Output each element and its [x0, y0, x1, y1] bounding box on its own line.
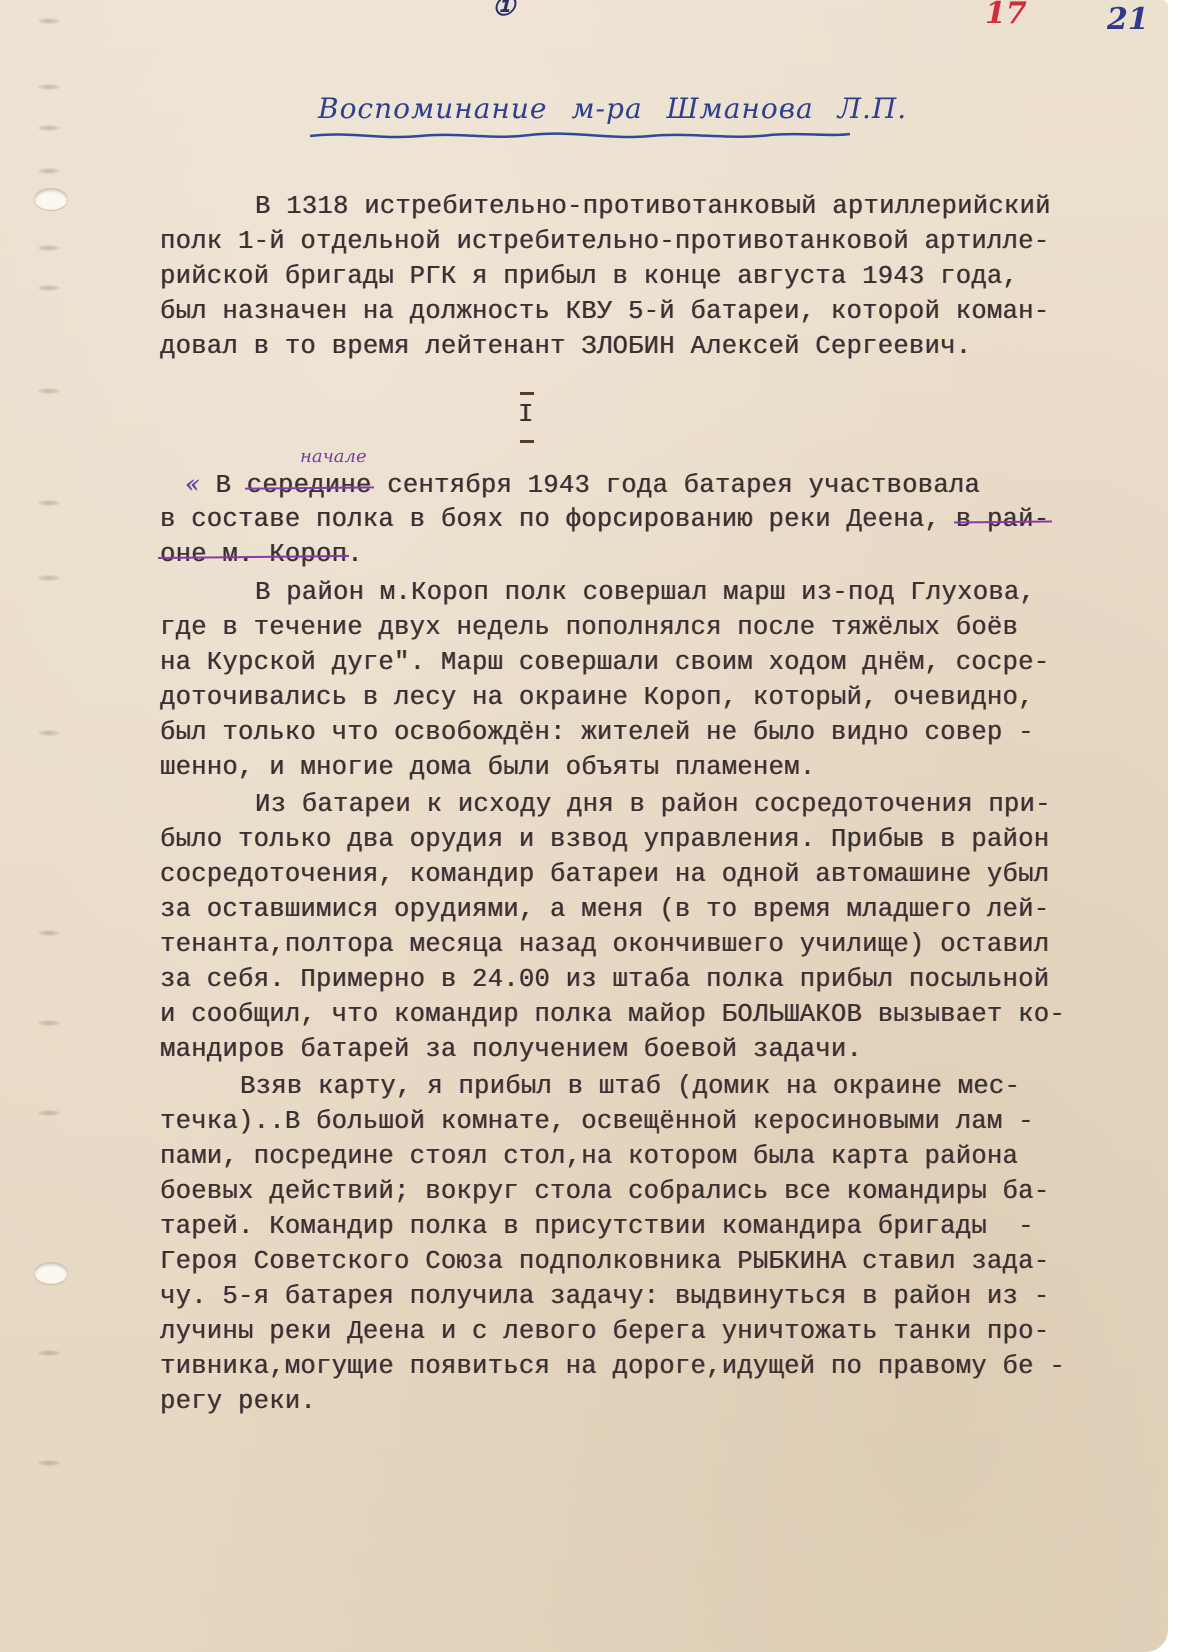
intro-line: полк 1-й отдельной истребительно-противо… [160, 227, 1049, 256]
intro-line: В 1318 истребительно-противотанковый арт… [255, 192, 1051, 221]
punch-mark [38, 18, 60, 24]
paragraph1-line: в составе полка в боях по форсированию р… [160, 505, 1049, 534]
paragraph4-line: течка)..В большой комнате, освещённой ке… [160, 1107, 1034, 1136]
punch-mark [38, 245, 60, 251]
punch-mark [38, 1350, 60, 1356]
title-wavy-underline [310, 128, 850, 142]
paragraph1-text: в составе полка в боях по форсированию р… [160, 505, 956, 534]
paragraph4-line: лучины реки Деена и с левого берега унич… [160, 1317, 1049, 1346]
paragraph3-line: за оставшимися орудиями, а меня (в то вр… [160, 895, 1049, 924]
paragraph4-line: чу. 5-я батарея получила задачу: выдвину… [160, 1282, 1049, 1311]
punch-mark [38, 500, 60, 506]
punch-mark [38, 1110, 60, 1116]
paragraph2-line: был только что освобождён: жителей не бы… [160, 718, 1034, 747]
page-number: 21 [1107, 2, 1149, 37]
binder-hole [34, 1262, 68, 1284]
punch-mark [38, 1020, 60, 1026]
paragraph3-line: было только два орудия и взвод управлени… [160, 825, 1049, 854]
punch-mark [38, 388, 60, 394]
paragraph3-line: за себя. Примерно в 24.00 из штаба полка… [160, 965, 1049, 994]
section-dash-bottom [520, 440, 534, 443]
intro-line: рийской бригады РГК я прибыл в конце авг… [160, 262, 1018, 291]
paragraph4-line: Взяв карту, я прибыл в штаб (домик на ок… [240, 1072, 1020, 1101]
paragraph3-line: сосредоточения, командир батареи на одно… [160, 860, 1049, 889]
paragraph2-line: шенно, и многие дома были объяты пламене… [160, 753, 815, 782]
punch-mark [38, 930, 60, 936]
paragraph3-line: тенанта,полтора месяца назад окончившего… [160, 930, 1049, 959]
punch-mark [38, 84, 60, 90]
paragraph3-line: мандиров батарей за получением боевой за… [160, 1035, 862, 1064]
document-page: ① 17 21 Воспоминание м-ра Шманова Л.П. В… [0, 0, 1168, 1652]
punch-mark [38, 285, 60, 291]
punch-mark [38, 125, 60, 131]
paragraph4-line: тивника,могущие появиться на дороге,идущ… [160, 1352, 1065, 1381]
paragraph1-text: сентября 1943 года батарея участвовала [372, 471, 981, 500]
top-center-mark: ① [492, 0, 515, 22]
paragraph4-line: пами, посредине стоял стол,на котором бы… [160, 1142, 1018, 1171]
paragraph1-text: . [347, 540, 363, 569]
binder-hole [34, 188, 68, 210]
intro-line: довал в то время лейтенант ЗЛОБИН Алексе… [160, 332, 971, 361]
struck-text: в рай- [956, 505, 1050, 534]
paragraph4-line: регу реки. [160, 1387, 316, 1416]
punch-mark [38, 730, 60, 736]
paragraph4-line: боевых действий; вокруг стола собрались … [160, 1177, 1049, 1206]
paragraph2-line: где в течение двух недель пополнялся пос… [160, 613, 1018, 642]
paragraph3-line: Из батареи к исходу дня в район сосредот… [255, 790, 1051, 819]
archive-number: 17 [985, 0, 1027, 31]
open-quote-mark: « [185, 470, 200, 498]
paragraph4-line: Героя Советского Союза подполковника РЫБ… [160, 1247, 1049, 1276]
paragraph2-line: доточивались в лесу на окраине Короп, ко… [160, 683, 1034, 712]
intro-line: был назначен на должность КВУ 5-й батаре… [160, 297, 1049, 326]
paragraph2-line: на Курской дуге". Марш совершали своим х… [160, 648, 1049, 677]
paragraph1-text: В [200, 471, 247, 500]
paragraph1-line: « В середине сентября 1943 года батарея … [185, 470, 980, 500]
struck-text: оне м. Короп [160, 540, 347, 569]
struck-word: середине [247, 471, 372, 500]
paragraph4-line: тарей. Командир полка в присутствии кома… [160, 1212, 1034, 1241]
punch-mark [38, 168, 60, 174]
handwritten-insertion: начале [300, 446, 367, 467]
punch-mark [38, 575, 60, 581]
paragraph3-line: и сообщил, что командир полка майор БОЛЬ… [160, 1000, 1065, 1029]
document-title: Воспоминание м-ра Шманова Л.П. [318, 92, 907, 125]
punch-mark [38, 1460, 60, 1466]
section-dash-top [520, 392, 534, 395]
section-number: I [518, 400, 534, 429]
paragraph2-line: В район м.Короп полк совершал марш из-по… [255, 578, 1035, 607]
paragraph1-line: оне м. Короп. [160, 540, 363, 569]
